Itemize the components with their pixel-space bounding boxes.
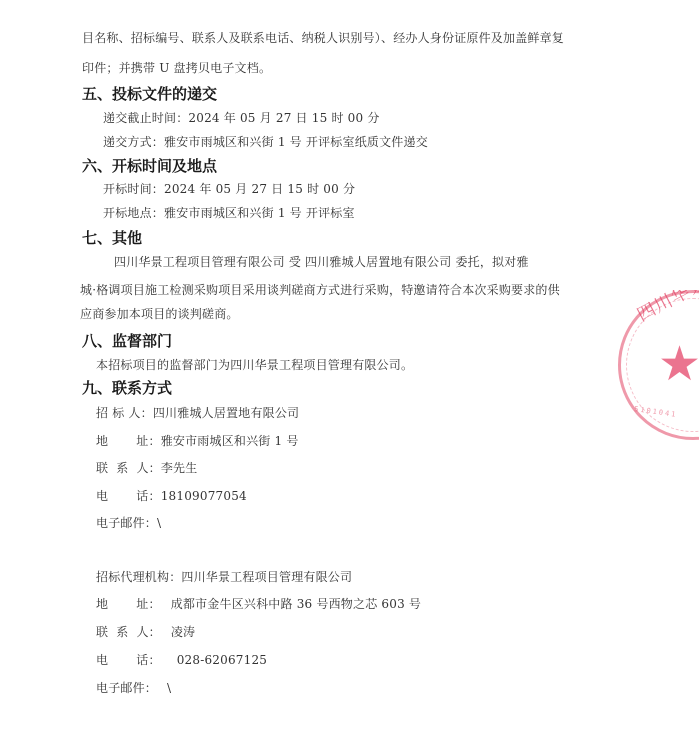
opening-place-value: 雅安市雨城区和兴街 1 号 开评标室 <box>164 206 355 220</box>
tenderer-address-value: 雅安市雨城区和兴街 1 号 <box>161 434 299 448</box>
submission-deadline: 递交截止时间：2024 年 05 月 27 日 15 时 00 分 <box>103 110 380 126</box>
agency-name-label: 招标代理机构： <box>96 570 181 584</box>
tenderer-phone: 电 话：18109077054 <box>96 488 247 504</box>
opening-place: 开标地点：雅安市雨城区和兴街 1 号 开评标室 <box>103 205 355 221</box>
section-9-title: 九、联系方式 <box>82 378 172 398</box>
agency-contact: 联 系 人：凌涛 <box>96 624 195 640</box>
agency-phone-value: 028-62067125 <box>177 653 267 667</box>
tenderer-name-label: 招 标 人： <box>96 406 153 420</box>
agency-address: 地 址：成都市金牛区兴科中路 36 号西物之芯 603 号 <box>96 596 421 612</box>
submission-method: 递交方式：雅安市雨城区和兴街 1 号 开评标室纸质文件递交 <box>103 134 428 150</box>
section-7-para-line-3: 应商参加本项目的谈判磋商。 <box>80 306 239 322</box>
agency-contact-label: 联 系 人： <box>96 625 161 639</box>
supervision-text: 本招标项目的监督部门为四川华景工程项目管理有限公司。 <box>96 357 413 373</box>
submission-method-value: 雅安市雨城区和兴街 1 号 开评标室纸质文件递交 <box>164 135 428 149</box>
submission-deadline-label: 递交截止时间： <box>103 111 188 125</box>
tenderer-phone-label: 电 话： <box>96 489 161 503</box>
tenderer-address-label: 地 址： <box>96 434 161 448</box>
opening-time: 开标时间：2024 年 05 月 27 日 15 时 00 分 <box>103 181 355 197</box>
opening-time-label: 开标时间： <box>103 182 164 196</box>
opening-time-value: 2024 年 05 月 27 日 15 时 00 分 <box>164 182 355 196</box>
agency-name-value: 四川华景工程项目管理有限公司 <box>181 570 352 584</box>
tenderer-contact-label: 联 系 人： <box>96 461 161 475</box>
tenderer-name-value: 四川雅城人居置地有限公司 <box>153 406 299 420</box>
continuation-line-1: 目名称、招标编号、联系人及联系电话、纳税人识别号）、经办人身份证原件及加盖鲜章复 <box>82 30 564 46</box>
section-7-para-line-1: 四川华景工程项目管理有限公司 受 四川雅城人居置地有限公司 委托，拟对雅 <box>114 254 529 270</box>
tenderer-email-label: 电子邮件： <box>96 516 157 530</box>
tenderer-contact-value: 李先生 <box>161 461 198 475</box>
agency-email-label: 电子邮件： <box>96 681 157 695</box>
agency-address-value: 成都市金牛区兴科中路 36 号西物之芯 603 号 <box>171 597 421 611</box>
agency-address-label: 地 址： <box>96 597 161 611</box>
section-6-title: 六、开标时间及地点 <box>82 156 217 176</box>
section-8-title: 八、监督部门 <box>82 331 172 351</box>
tenderer-name: 招 标 人：四川雅城人居置地有限公司 <box>96 405 299 421</box>
agency-email: 电子邮件：\ <box>96 680 171 696</box>
opening-place-label: 开标地点： <box>103 206 164 220</box>
document-page: 目名称、招标编号、联系人及联系电话、纳税人识别号）、经办人身份证原件及加盖鲜章复… <box>0 0 699 732</box>
submission-method-label: 递交方式： <box>103 135 164 149</box>
submission-deadline-value: 2024 年 05 月 27 日 15 时 00 分 <box>188 111 379 125</box>
star-icon: ★ <box>658 340 699 388</box>
tenderer-address: 地 址：雅安市雨城区和兴街 1 号 <box>96 433 299 449</box>
agency-phone: 电 话：028-62067125 <box>96 652 267 668</box>
tenderer-phone-value: 18109077054 <box>161 489 247 503</box>
agency-email-value: \ <box>167 681 171 695</box>
agency-name: 招标代理机构：四川华景工程项目管理有限公司 <box>96 569 352 585</box>
tenderer-contact: 联 系 人：李先生 <box>96 460 197 476</box>
agency-phone-label: 电 话： <box>96 653 161 667</box>
company-seal-stamp: 四川华景工程项目 ★ 5101041 <box>618 290 699 440</box>
agency-contact-value: 凌涛 <box>171 625 195 639</box>
tenderer-email-value: \ <box>157 516 161 530</box>
section-7-para-line-2: 城·格调项目施工检测采购项目采用谈判磋商方式进行采购，特邀请符合本次采购要求的供 <box>80 282 560 298</box>
continuation-line-2: 印件；并携带 U 盘拷贝电子文档。 <box>82 60 271 76</box>
section-7-title: 七、其他 <box>82 228 142 248</box>
tenderer-email: 电子邮件：\ <box>96 515 161 531</box>
section-5-title: 五、投标文件的递交 <box>82 84 217 104</box>
